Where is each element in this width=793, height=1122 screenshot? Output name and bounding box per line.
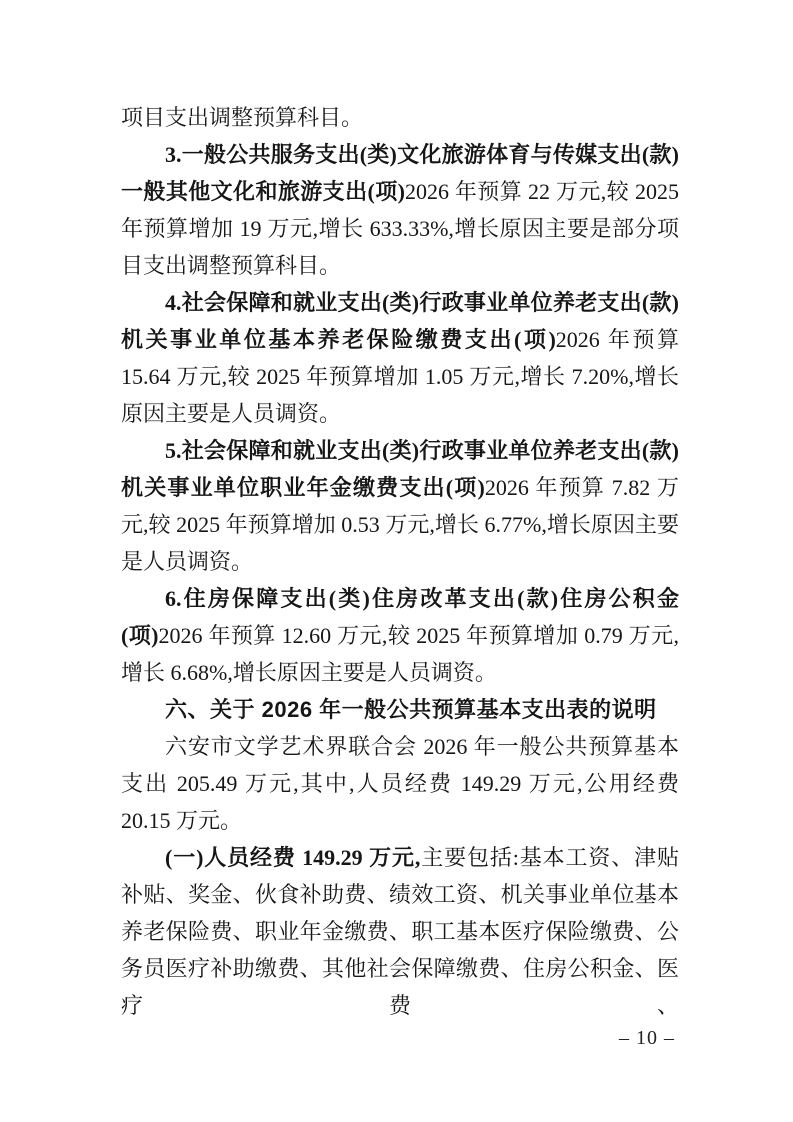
paragraph-personnel-expenses: (一)人员经费 149.29 万元,主要包括:基本工资、津贴补贴、奖金、伙食补助… <box>121 839 679 1024</box>
document-body: 项目支出调整预算科目。 3.一般公共服务支出(类)文化旅游体育与传媒支出(款)一… <box>121 99 679 1024</box>
document-page: 项目支出调整预算科目。 3.一般公共服务支出(类)文化旅游体育与传媒支出(款)一… <box>0 0 793 1122</box>
paragraph-budget-item-4: 4.社会保障和就业支出(类)行政事业单位养老支出(款)机关事业单位基本养老保险缴… <box>121 284 679 432</box>
page-number: – 10 – <box>619 1026 675 1050</box>
paragraph-continuation: 项目支出调整预算科目。 <box>121 99 679 136</box>
personnel-expenses-detail: 主要包括:基本工资、津贴补贴、奖金、伙食补助费、绩效工资、机关事业单位基本养老保… <box>121 845 679 1018</box>
paragraph-budget-item-3: 3.一般公共服务支出(类)文化旅游体育与传媒支出(款)一般其他文化和旅游支出(项… <box>121 136 679 284</box>
section-six-heading: 六、关于 2026 年一般公共预算基本支出表的说明 <box>121 691 679 728</box>
section-six-heading-text: 六、关于 2026 年一般公共预算基本支出表的说明 <box>165 697 657 722</box>
paragraph-basic-expenditure-total: 六安市文学艺术界联合会 2026 年一般公共预算基本支出 205.49 万元,其… <box>121 728 679 839</box>
budget-item-6-detail: 2026 年预算 12.60 万元,较 2025 年预算增加 0.79 万元,增… <box>121 623 679 685</box>
personnel-expenses-lead: (一)人员经费 149.29 万元, <box>165 845 420 870</box>
paragraph-budget-item-6: 6.住房保障支出(类)住房改革支出(款)住房公积金(项)2026 年预算 12.… <box>121 580 679 691</box>
basic-expenditure-total-text: 六安市文学艺术界联合会 2026 年一般公共预算基本支出 205.49 万元,其… <box>121 734 679 833</box>
paragraph-text: 项目支出调整预算科目。 <box>121 105 363 130</box>
paragraph-budget-item-5: 5.社会保障和就业支出(类)行政事业单位养老支出(款)机关事业单位职业年金缴费支… <box>121 432 679 580</box>
